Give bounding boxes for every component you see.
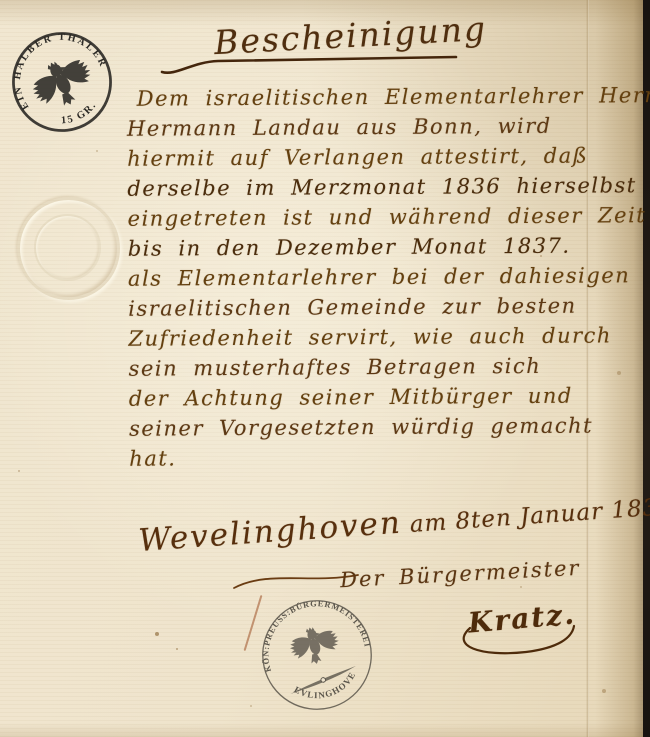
body-line: Zufriedenheit servirt, wie auch durch bbox=[128, 320, 633, 354]
body-line: Hermann Landau aus Bonn, wird bbox=[127, 110, 632, 144]
dateline: Wevelinghovenam 8ten Januar 1838. bbox=[137, 485, 650, 559]
embossed-seal bbox=[17, 197, 120, 300]
body-line: sein musterhaftes Betragen sich bbox=[129, 350, 634, 384]
prussian-eagle-icon bbox=[286, 621, 343, 669]
title-underline bbox=[158, 48, 464, 78]
body-line: seiner Vorgesetzten würdig gemacht bbox=[129, 410, 634, 444]
scan-edge bbox=[643, 0, 650, 737]
closing-line: Der Bürgermeister bbox=[340, 556, 582, 593]
paper-bottom-edge-shadow bbox=[0, 723, 650, 737]
body-line: hiermit auf Verlangen attestirt, daß bbox=[127, 140, 632, 174]
signature-flourish bbox=[446, 612, 588, 660]
dateline-place: Wevelinghoven bbox=[137, 505, 403, 559]
document-body: Dem israelitischen Elementarlehrer Herrn… bbox=[127, 80, 635, 474]
body-line: Dem israelitischen Elementarlehrer Herrn bbox=[127, 80, 632, 114]
document-page: EIN HALBER THALER 15 GR. Bescheinigung D… bbox=[0, 0, 650, 737]
revenue-stamp: EIN HALBER THALER 15 GR. bbox=[0, 12, 132, 153]
body-line: eingetreten ist und während dieser Zeit bbox=[127, 200, 632, 234]
paper-speckles bbox=[0, 0, 2, 2]
body-line: hat. bbox=[129, 440, 634, 474]
body-line: bis in den Dezember Monat 1837. bbox=[128, 230, 633, 264]
official-seal: KÖN:PREUSS:BÜRGERMEISTEREI WEVLINGHOVEN bbox=[245, 583, 388, 726]
embossed-seal-inner-ring bbox=[34, 214, 101, 281]
body-line: derselbe im Merzmonat 1836 hierselbst bbox=[127, 170, 632, 204]
body-line: der Achtung seiner Mitbürger und bbox=[129, 380, 634, 414]
body-line: israelitischen Gemeinde zur besten bbox=[128, 290, 633, 324]
body-line: als Elementarlehrer bei der dahiesigen bbox=[128, 260, 633, 294]
